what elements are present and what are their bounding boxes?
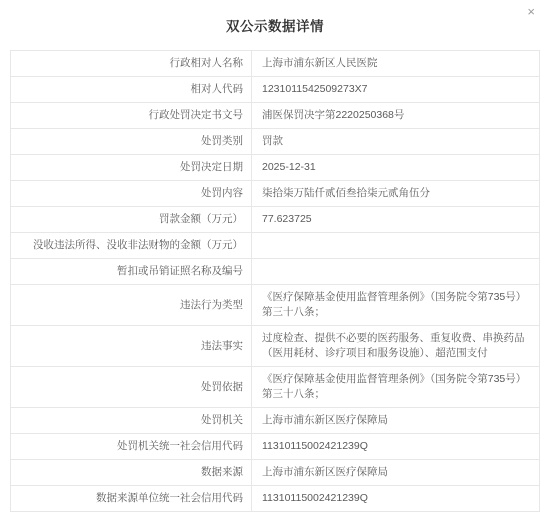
row-label: 行政相对人名称	[11, 51, 252, 76]
table-row-subject-name: 行政相对人名称 上海市浦东新区人民医院	[11, 51, 539, 77]
row-label: 违法行为类型	[11, 285, 252, 325]
row-label: 处罚内容	[11, 181, 252, 206]
page-title: 双公示数据详情	[0, 0, 550, 50]
table-row-violation-facts: 违法事实 过度检查、提供不必要的医药服务、重复收费、串换药品（医用耗材、诊疗项目…	[11, 326, 539, 367]
row-value: 浦医保罚决字第2220250368号	[252, 103, 539, 128]
row-value: 11310115002421239Q	[252, 486, 539, 511]
row-value: 《医疗保障基金使用监督管理条例》（国务院令第735号）第三十八条；	[252, 285, 539, 325]
row-value: 上海市浦东新区医疗保障局	[252, 460, 539, 485]
row-label: 暂扣或吊销证照名称及编号	[11, 259, 252, 284]
table-row-subject-code: 相对人代码 1231011542509273X7	[11, 77, 539, 103]
table-row-penalty-basis: 处罚依据 《医疗保障基金使用监督管理条例》（国务院令第735号）第三十八条；	[11, 367, 539, 408]
table-row-penalty-authority: 处罚机关 上海市浦东新区医疗保障局	[11, 408, 539, 434]
row-value: 《医疗保障基金使用监督管理条例》（国务院令第735号）第三十八条；	[252, 367, 539, 407]
row-label: 处罚依据	[11, 367, 252, 407]
details-table: 行政相对人名称 上海市浦东新区人民医院 相对人代码 12310115425092…	[10, 50, 540, 512]
row-value: 罚款	[252, 129, 539, 154]
dual-publicity-detail-dialog: × 双公示数据详情 行政相对人名称 上海市浦东新区人民医院 相对人代码 1231…	[0, 0, 550, 529]
row-label: 处罚决定日期	[11, 155, 252, 180]
close-icon[interactable]: ×	[527, 5, 535, 18]
table-row-data-source: 数据来源 上海市浦东新区医疗保障局	[11, 460, 539, 486]
row-value: 1231011542509273X7	[252, 77, 539, 102]
table-row-authority-credit-code: 处罚机关统一社会信用代码 11310115002421239Q	[11, 434, 539, 460]
row-value	[252, 259, 539, 284]
row-value: 上海市浦东新区人民医院	[252, 51, 539, 76]
row-label: 数据来源单位统一社会信用代码	[11, 486, 252, 511]
table-row-violation-type: 违法行为类型 《医疗保障基金使用监督管理条例》（国务院令第735号）第三十八条；	[11, 285, 539, 326]
row-label: 处罚机关统一社会信用代码	[11, 434, 252, 459]
row-value: 2025-12-31	[252, 155, 539, 180]
row-label: 罚款金额（万元）	[11, 207, 252, 232]
table-row-penalty-content: 处罚内容 柒拾柒万陆仟贰佰叁拾柒元贰角伍分	[11, 181, 539, 207]
row-value: 过度检查、提供不必要的医药服务、重复收费、串换药品（医用耗材、诊疗项目和服务设施…	[252, 326, 539, 366]
row-label: 数据来源	[11, 460, 252, 485]
row-label: 处罚机关	[11, 408, 252, 433]
row-label: 违法事实	[11, 326, 252, 366]
row-label: 相对人代码	[11, 77, 252, 102]
table-row-confiscation-amount: 没收违法所得、没收非法财物的金额（万元）	[11, 233, 539, 259]
table-row-decision-date: 处罚决定日期 2025-12-31	[11, 155, 539, 181]
row-value	[252, 233, 539, 258]
row-value: 柒拾柒万陆仟贰佰叁拾柒元贰角伍分	[252, 181, 539, 206]
table-row-fine-amount: 罚款金额（万元） 77.623725	[11, 207, 539, 233]
row-label: 行政处罚决定书文号	[11, 103, 252, 128]
row-label: 处罚类别	[11, 129, 252, 154]
table-row-decision-doc-number: 行政处罚决定书文号 浦医保罚决字第2220250368号	[11, 103, 539, 129]
row-value: 77.623725	[252, 207, 539, 232]
row-label: 没收违法所得、没收非法财物的金额（万元）	[11, 233, 252, 258]
table-row-license-suspension: 暂扣或吊销证照名称及编号	[11, 259, 539, 285]
row-value: 上海市浦东新区医疗保障局	[252, 408, 539, 433]
table-row-penalty-category: 处罚类别 罚款	[11, 129, 539, 155]
row-value: 11310115002421239Q	[252, 434, 539, 459]
table-row-source-credit-code: 数据来源单位统一社会信用代码 11310115002421239Q	[11, 486, 539, 512]
